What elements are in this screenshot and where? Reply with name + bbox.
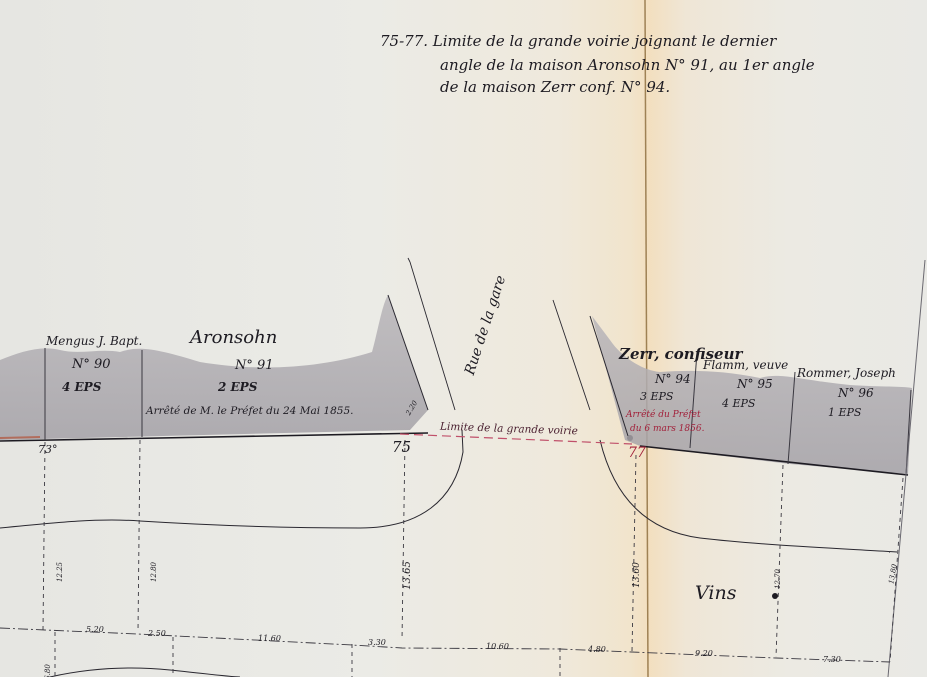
building-block-left xyxy=(0,295,428,440)
parcel-number: N° 94 xyxy=(655,372,691,386)
parcel-category: 4 EPS xyxy=(722,397,755,410)
dimension-vertical-lower: 6.80 xyxy=(44,664,52,677)
point-label: 77 xyxy=(628,445,646,461)
parcel-owner: Aronsohn xyxy=(190,327,277,348)
dimension-horizontal: 10.60 xyxy=(486,642,509,651)
note-line-1: 75-77. Limite de la grande voirie joigna… xyxy=(380,32,776,50)
dimension-vertical: 12.80 xyxy=(150,562,158,582)
dimension-horizontal: 11.60 xyxy=(258,634,281,643)
area-label-vins: Vins xyxy=(695,582,736,604)
dimension-baseline xyxy=(0,628,890,662)
parcel-category: 4 EPS xyxy=(62,380,101,394)
parcel-category: 3 EPS xyxy=(640,390,673,403)
dimension-vertical: 12.25 xyxy=(56,562,64,582)
parcel-number: N° 96 xyxy=(838,386,874,400)
dimension-vertical: 13.60 xyxy=(632,562,642,588)
dimension-horizontal: 3.30 xyxy=(368,638,386,647)
street-edge-right xyxy=(553,300,590,410)
parcel-arrete: Arrêté de M. le Préfet du 24 Mai 1855. xyxy=(146,405,353,417)
dimension-horizontal: 7.30 xyxy=(823,655,841,664)
dimension-horizontal: 2.50 xyxy=(148,629,166,638)
parcel-owner: Mengus J. Bapt. xyxy=(46,334,142,348)
parcel-arrete: Arrêté du Préfet xyxy=(626,410,701,420)
dimension-horizontal: 5.20 xyxy=(86,625,104,634)
point-label: 73° xyxy=(38,443,58,456)
parcel-number: N° 90 xyxy=(72,357,111,372)
parcel-number: N° 91 xyxy=(235,358,274,373)
note-line-2: angle de la maison Aronsohn N° 91, au 1e… xyxy=(440,56,815,74)
note-line-3: de la maison Zerr conf. N° 94. xyxy=(440,78,670,96)
dimension-vertical: 13.65 xyxy=(402,561,413,590)
dimension-horizontal: 9.20 xyxy=(695,649,713,658)
dimension-horizontal: 4.80 xyxy=(588,645,606,654)
parcel-owner: Flamm, veuve xyxy=(703,358,788,372)
point-label: 75 xyxy=(392,438,411,456)
grande-voirie-boundary xyxy=(400,434,632,444)
vertical-dimension-lines xyxy=(43,440,903,677)
dimension-vertical: 12.70 xyxy=(774,569,782,589)
parcel-category: 2 EPS xyxy=(218,380,257,394)
parcel-number: N° 95 xyxy=(737,377,773,391)
cadastral-plan: 75-77. Limite de la grande voirie joigna… xyxy=(0,0,927,677)
parcel-arrete: du 6 mars 1856. xyxy=(630,424,704,434)
parcel-owner: Rommer, Joseph xyxy=(797,366,896,380)
page-fold xyxy=(645,0,648,677)
parcel-category: 1 EPS xyxy=(828,406,861,419)
